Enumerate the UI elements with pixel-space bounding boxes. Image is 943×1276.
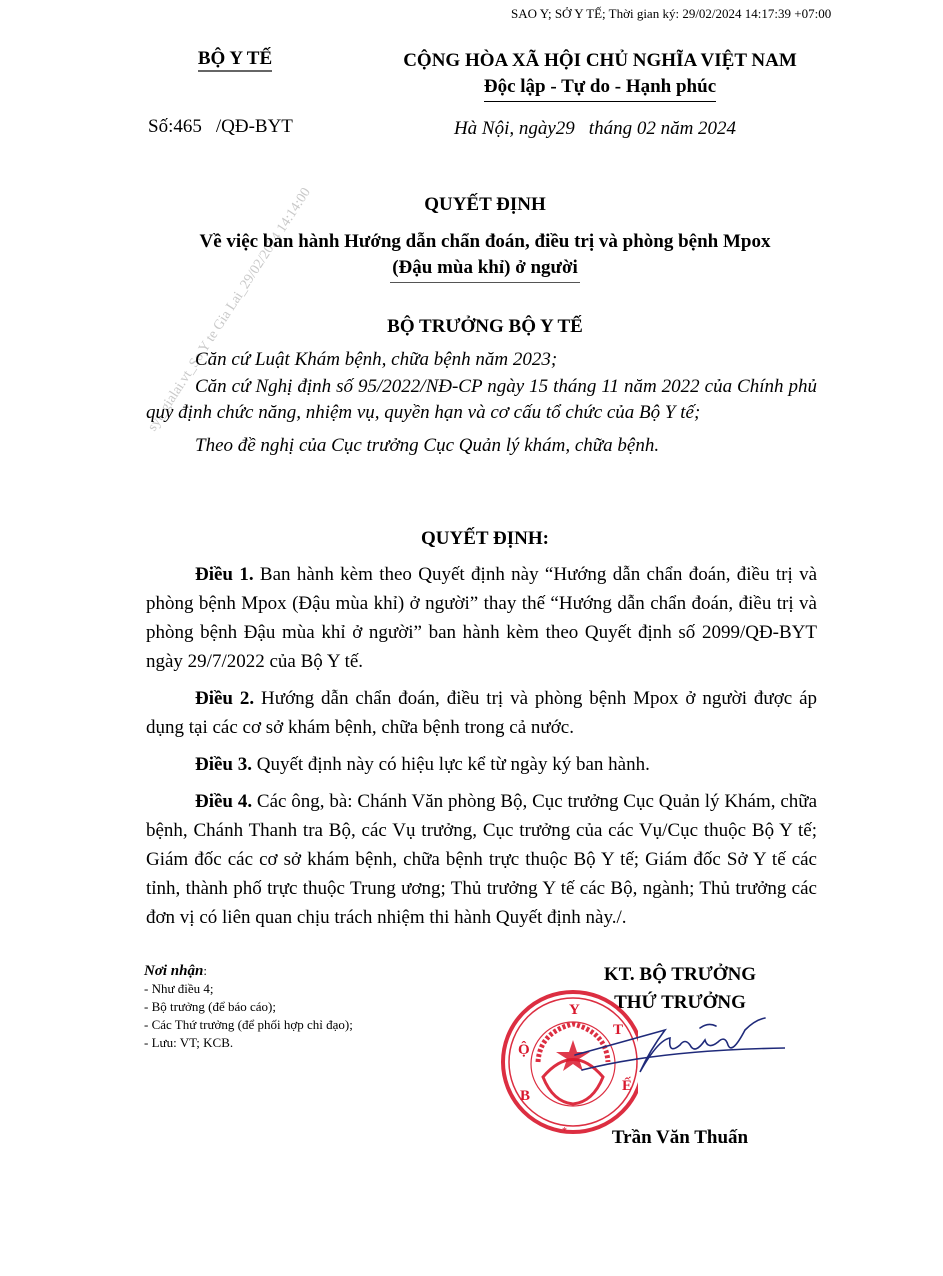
document-type-title: QUYẾT ĐỊNH <box>140 194 830 216</box>
recipient-item: - Bộ trưởng (để báo cáo); <box>144 998 353 1016</box>
doc-number-prefix: Số: <box>148 116 173 137</box>
article-1: Điều 1. Ban hành kèm theo Quyết định này… <box>146 560 817 676</box>
issuing-authority: BỘ TRƯỞNG BỘ Y TẾ <box>140 316 830 338</box>
handwritten-signature-icon <box>570 1010 785 1080</box>
national-motto: Độc lập - Tự do - Hạnh phúc <box>484 74 716 102</box>
document-number: Số:465/QĐ-BYT <box>148 116 293 138</box>
legal-basis-item: Căn cứ Luật Khám bệnh, chữa bệnh năm 202… <box>146 347 817 373</box>
doc-number-value: 465 <box>173 116 202 137</box>
legal-basis-item: Căn cứ Nghị định số 95/2022/NĐ-CP ngày 1… <box>146 374 817 426</box>
place-date-prefix: Hà Nội, ngày <box>454 118 556 139</box>
nation-name: CỘNG HÒA XÃ HỘI CHỦ NGHĨA VIỆT NAM <box>360 48 840 74</box>
issuing-agency: BỘ Y TẾ <box>150 48 320 70</box>
recipients-list: Nơi nhận: - Như điều 4; - Bộ trưởng (để … <box>144 962 353 1052</box>
document-subject: Về việc ban hành Hướng dẫn chẩn đoán, đi… <box>140 229 830 283</box>
article-text: Quyết định này có hiệu lực kể từ ngày ký… <box>252 754 650 775</box>
recipient-item: - Lưu: VT; KCB. <box>144 1034 353 1052</box>
recipient-item: - Như điều 4; <box>144 980 353 998</box>
date-month: 02 <box>637 118 656 139</box>
doc-number-suffix: /QĐ-BYT <box>216 116 293 137</box>
decision-heading: QUYẾT ĐỊNH: <box>140 528 830 550</box>
seal-letter: B <box>520 1088 530 1104</box>
article-3: Điều 3. Quyết định này có hiệu lực kể từ… <box>146 750 817 779</box>
place-and-date: Hà Nội, ngày29tháng 02 năm 2024 <box>360 118 830 140</box>
signer-name: Trần Văn Thuấn <box>560 1127 800 1149</box>
article-4: Điều 4. Các ông, bà: Chánh Văn phòng Bộ,… <box>146 787 817 932</box>
date-year: năm 2024 <box>661 118 736 139</box>
recipients-heading-colon: : <box>203 963 207 978</box>
article-2: Điều 2. Hướng dẫn chẩn đoán, điều trị và… <box>146 684 817 742</box>
article-label: Điều 3. <box>195 754 252 775</box>
date-day: 29 <box>556 118 575 139</box>
subject-line-1: Về việc ban hành Hướng dẫn chẩn đoán, đi… <box>140 229 830 255</box>
article-label: Điều 2. <box>195 688 254 709</box>
legal-basis: Căn cứ Luật Khám bệnh, chữa bệnh năm 202… <box>146 347 817 466</box>
article-label: Điều 4. <box>195 791 252 812</box>
seal-letter: Ộ <box>518 1041 530 1058</box>
recipient-item: - Các Thứ trưởng (để phối hợp chỉ đạo); <box>144 1016 353 1034</box>
national-header: CỘNG HÒA XÃ HỘI CHỦ NGHĨA VIỆT NAM Độc l… <box>360 48 840 102</box>
date-month-label: tháng <box>589 118 632 139</box>
recipients-heading: Nơi nhận <box>144 963 203 979</box>
article-label: Điều 1. <box>195 564 254 585</box>
articles: Điều 1. Ban hành kèm theo Quyết định này… <box>146 560 817 940</box>
legal-basis-item: Theo đề nghị của Cục trưởng Cục Quản lý … <box>146 433 817 459</box>
issuing-agency-label: BỘ Y TẾ <box>198 48 272 72</box>
subject-line-2: (Đậu mùa khỉ) ở người <box>390 255 580 283</box>
digital-signature-stamp: SAO Y; SỞ Y TẾ; Thời gian ký: 29/02/2024… <box>480 6 935 22</box>
